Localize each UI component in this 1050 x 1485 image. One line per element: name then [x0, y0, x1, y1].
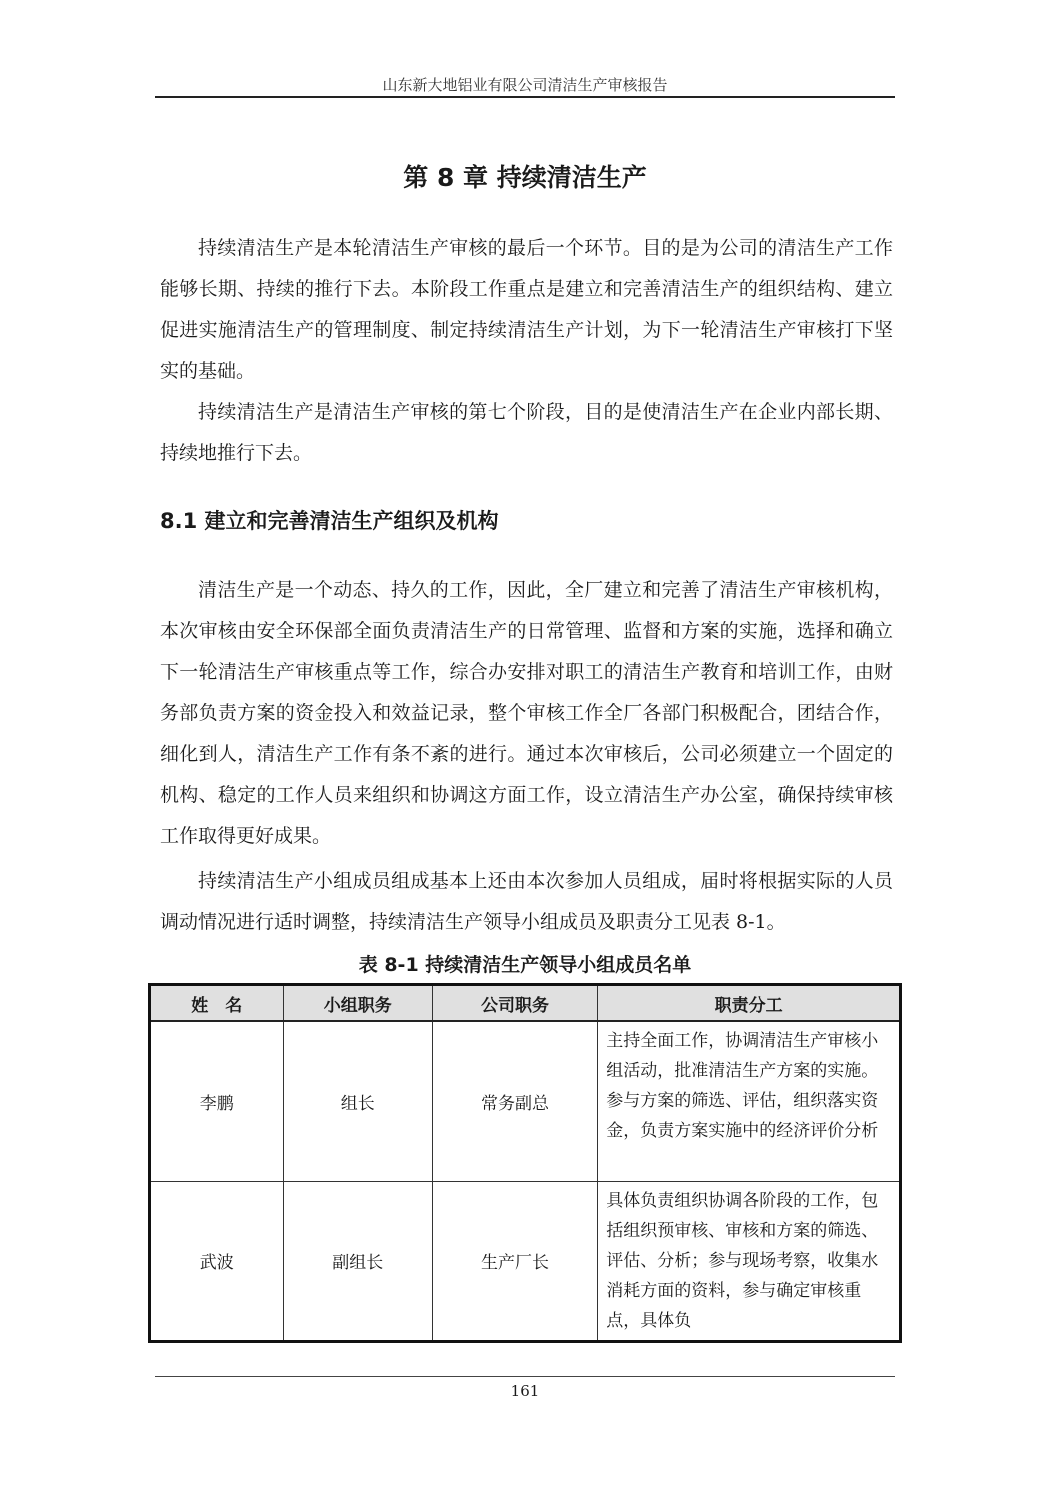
- member-company-role: 生产厂长: [432, 1181, 597, 1341]
- table-row: 李鹏 组长 常务副总 主持全面工作，协调清洁生产审核小组活动，批准清洁生产方案的…: [150, 1021, 901, 1181]
- member-name: 武波: [150, 1181, 284, 1341]
- column-header-duties: 职责分工: [598, 985, 901, 1022]
- section-paragraph-1: 清洁生产是一个动态、持久的工作，因此，全厂建立和完善了清洁生产审核机构，本次审核…: [160, 570, 893, 857]
- header-divider: [155, 96, 895, 98]
- member-group-role: 副组长: [283, 1181, 432, 1341]
- running-header: 山东新大地铝业有限公司清洁生产审核报告: [0, 74, 1050, 95]
- member-group-role: 组长: [283, 1021, 432, 1181]
- page-number: 161: [0, 1382, 1050, 1400]
- column-header-name: 姓 名: [150, 985, 284, 1022]
- member-company-role: 常务副总: [432, 1021, 597, 1181]
- intro-paragraph-1: 持续清洁生产是本轮清洁生产审核的最后一个环节。目的是为公司的清洁生产工作能够长期…: [160, 228, 893, 392]
- section-paragraph-2: 持续清洁生产小组成员组成基本上还由本次参加人员组成，届时将根据实际的人员调动情况…: [160, 861, 893, 943]
- member-duties: 主持全面工作，协调清洁生产审核小组活动，批准清洁生产方案的实施。参与方案的筛选、…: [598, 1021, 901, 1181]
- member-duties: 具体负责组织协调各阶段的工作，包括组织预审核、审核和方案的筛选、评估、分析；参与…: [598, 1181, 901, 1341]
- column-header-company-role: 公司职务: [432, 985, 597, 1022]
- footer-divider: [155, 1376, 895, 1377]
- members-table: 姓 名 小组职务 公司职务 职责分工 李鹏 组长 常务副总 主持全面工作，协调清…: [148, 983, 902, 1343]
- intro-paragraph-2: 持续清洁生产是清洁生产审核的第七个阶段，目的是使清洁生产在企业内部长期、持续地推…: [160, 392, 893, 474]
- member-name: 李鹏: [150, 1021, 284, 1181]
- section-heading-8-1: 8.1 建立和完善清洁生产组织及机构: [160, 505, 499, 535]
- chapter-title: 第 8 章 持续清洁生产: [0, 158, 1050, 194]
- table-header-row: 姓 名 小组职务 公司职务 职责分工: [150, 985, 901, 1022]
- table-caption: 表 8-1 持续清洁生产领导小组成员名单: [0, 950, 1050, 977]
- column-header-group-role: 小组职务: [283, 985, 432, 1022]
- table-row: 武波 副组长 生产厂长 具体负责组织协调各阶段的工作，包括组织预审核、审核和方案…: [150, 1181, 901, 1341]
